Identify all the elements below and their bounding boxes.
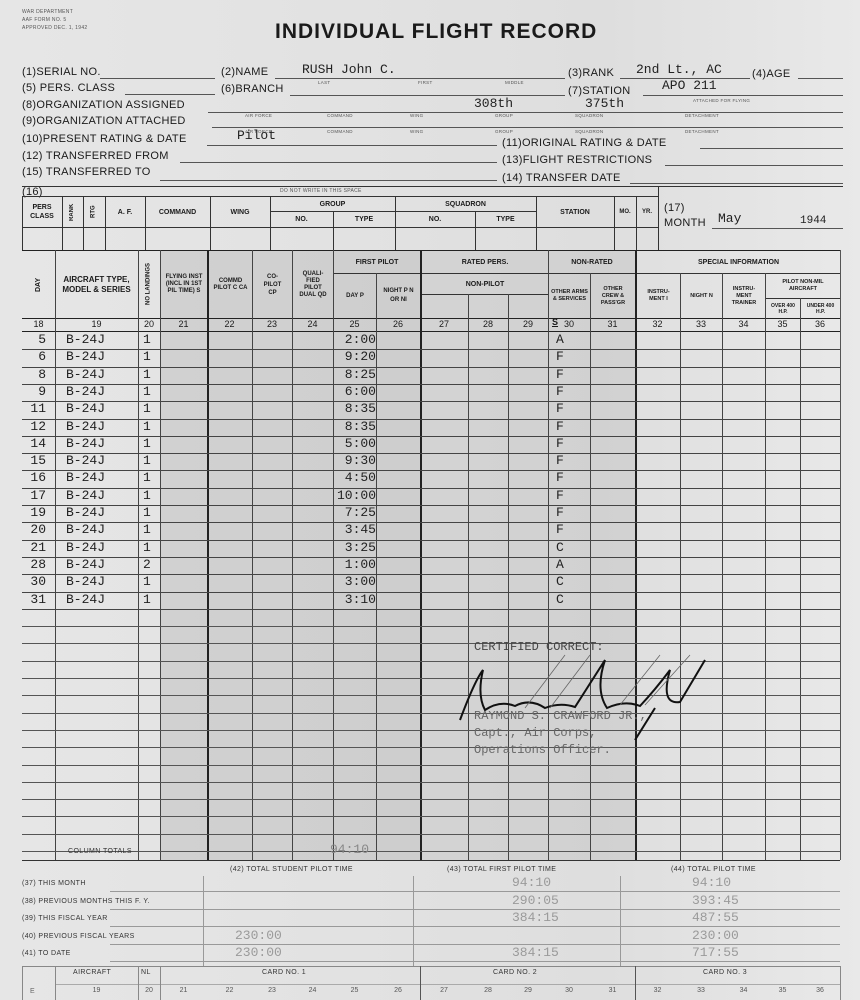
night-header: NIGHT N bbox=[681, 274, 722, 318]
over-400hp-header: OVER 400 H.P. bbox=[766, 299, 800, 318]
column-number: 34 bbox=[722, 319, 765, 329]
grid-row-line bbox=[22, 834, 840, 835]
command-sublabel-2: COMMAND bbox=[327, 129, 353, 134]
summary-total-value: 717:55 bbox=[692, 945, 739, 960]
grid-row-line bbox=[22, 678, 840, 679]
flight-other-arms-code: F bbox=[556, 418, 564, 436]
dept-line: WAR DEPARTMENT bbox=[22, 8, 88, 16]
first-pilot-time-header: (43) TOTAL FIRST PILOT TIME bbox=[447, 866, 556, 873]
original-rating-label: (11)ORIGINAL RATING & DATE bbox=[502, 137, 666, 149]
summary-first-pilot-value: 384:15 bbox=[512, 945, 559, 960]
column-number: 27 bbox=[420, 319, 468, 329]
summary-total-value: 94:10 bbox=[692, 875, 731, 890]
flight-first-pilot-day: 4:50 bbox=[334, 469, 376, 487]
flight-other-arms-code: F bbox=[556, 435, 564, 453]
non-pilot-header: NON-PILOT bbox=[422, 274, 548, 294]
other-arms-header: OTHER ARMS & SERVICES bbox=[549, 274, 590, 318]
flight-day: 21 bbox=[22, 539, 46, 557]
flight-aircraft: B-24J bbox=[66, 435, 105, 453]
card-column-number: 24 bbox=[292, 987, 333, 994]
command-header: COMMAND bbox=[145, 197, 210, 227]
flight-other-arms-code: F bbox=[556, 521, 564, 539]
flight-day: 14 bbox=[22, 435, 46, 453]
flight-day: 28 bbox=[22, 556, 46, 574]
card-column-number: 23 bbox=[252, 987, 292, 994]
flight-day: 17 bbox=[22, 487, 46, 505]
group-sublabel-2: GROUP bbox=[495, 129, 513, 134]
flight-first-pilot-day: 3:45 bbox=[334, 521, 376, 539]
rated-pers-header: RATED PERS. bbox=[422, 251, 548, 273]
grid-row-line bbox=[22, 799, 840, 800]
card-column-number: 29 bbox=[508, 987, 548, 994]
column-number: 23 bbox=[252, 319, 292, 329]
flight-aircraft: B-24J bbox=[66, 469, 105, 487]
age-label: (4)AGE bbox=[752, 68, 790, 80]
flight-other-arms-code: F bbox=[556, 366, 564, 384]
command-sublabel: COMMAND bbox=[327, 113, 353, 118]
flight-other-arms-code: F bbox=[556, 400, 564, 418]
pilot-non-mil-header: PILOT NON-MIL AIRCRAFT bbox=[766, 274, 840, 298]
column-number: 33 bbox=[680, 319, 722, 329]
flight-landings: 1 bbox=[143, 469, 151, 487]
card-column-number: 26 bbox=[376, 987, 420, 994]
station-value: APO 211 bbox=[662, 78, 717, 93]
station-header: STATION bbox=[536, 197, 614, 227]
flight-aircraft: B-24J bbox=[66, 383, 105, 401]
grid-row-line bbox=[22, 661, 840, 662]
first-pilot-day-header: DAY P bbox=[334, 274, 376, 318]
table-row-divider bbox=[22, 609, 840, 610]
summary-row-label: (38) PREVIOUS MONTHS THIS F. Y. bbox=[22, 898, 150, 905]
group-sublabel: GROUP bbox=[495, 113, 513, 118]
flight-landings: 1 bbox=[143, 348, 151, 366]
card-row-prefix: E bbox=[30, 988, 35, 995]
middle-sublabel: MIDDLE bbox=[505, 80, 524, 85]
flight-first-pilot-day: 8:35 bbox=[334, 400, 376, 418]
flight-landings: 1 bbox=[143, 400, 151, 418]
squadron-sublabel-2: SQUADRON bbox=[575, 129, 603, 134]
column-number: 26 bbox=[376, 319, 420, 329]
group-type-header: TYPE bbox=[333, 211, 395, 227]
flight-first-pilot-day: 3:00 bbox=[334, 573, 376, 591]
column-number: 31 bbox=[590, 319, 635, 329]
column-number: 36 bbox=[800, 319, 840, 329]
grid-row-line bbox=[22, 851, 840, 852]
branch-label: (6)BRANCH bbox=[221, 83, 284, 95]
flight-day: 19 bbox=[22, 504, 46, 522]
squadron-sublabel: SQUADRON bbox=[575, 113, 603, 118]
summary-total-value: 230:00 bbox=[692, 928, 739, 943]
day-header: DAY bbox=[22, 251, 55, 318]
flying-inst-header: FLYING INST (INCL IN 1ST PIL TIME) S bbox=[161, 251, 207, 318]
grid-row-line bbox=[22, 643, 840, 644]
wing-sublabel: WING bbox=[410, 113, 423, 118]
org-assigned-label: (8)ORGANIZATION ASSIGNED bbox=[22, 99, 185, 111]
flight-day: 20 bbox=[22, 521, 46, 539]
summary-row-label: (40) PREVIOUS FISCAL YEARS bbox=[22, 933, 135, 940]
flight-other-arms-code: F bbox=[556, 348, 564, 366]
flight-aircraft: B-24J bbox=[66, 452, 105, 470]
flight-aircraft: B-24J bbox=[66, 556, 105, 574]
flight-landings: 1 bbox=[143, 591, 151, 609]
flight-aircraft: B-24J bbox=[66, 521, 105, 539]
qualified-pilot-header: QUALI-FIED PILOT DUAL QD bbox=[293, 251, 333, 318]
rank-value: 2nd Lt., AC bbox=[636, 62, 722, 77]
flight-other-arms-code: C bbox=[556, 591, 564, 609]
special-info-header: SPECIAL INFORMATION bbox=[637, 251, 840, 273]
squadron-header: SQUADRON bbox=[395, 197, 536, 211]
flight-aircraft: B-24J bbox=[66, 400, 105, 418]
flight-aircraft: B-24J bbox=[66, 504, 105, 522]
department-header: WAR DEPARTMENT AAF FORM NO. 5 APPROVED D… bbox=[22, 8, 88, 32]
flight-aircraft: B-24J bbox=[66, 539, 105, 557]
grid-row-line bbox=[22, 816, 840, 817]
card-nl-label: NL bbox=[141, 969, 151, 976]
summary-student-value: 230:00 bbox=[235, 945, 282, 960]
summary-row-label: (37) THIS MONTH bbox=[22, 880, 86, 887]
card-column-number: 19 bbox=[55, 987, 138, 994]
flight-first-pilot-day: 3:10 bbox=[334, 591, 376, 609]
flight-landings: 1 bbox=[143, 383, 151, 401]
column-total-first-pilot: 94:10 bbox=[330, 842, 369, 857]
grid-row-line bbox=[22, 695, 840, 696]
summary-row-line bbox=[110, 961, 840, 962]
flight-record-form: WAR DEPARTMENT AAF FORM NO. 5 APPROVED D… bbox=[0, 0, 860, 1000]
air-force-sublabel: AIR FORCE bbox=[245, 113, 272, 118]
col30-prefix: S bbox=[552, 317, 558, 327]
transfer-date-label: (14) TRANSFER DATE bbox=[502, 172, 621, 184]
flight-other-arms-code: F bbox=[556, 504, 564, 522]
pers-class-label: (5) PERS. CLASS bbox=[22, 82, 115, 94]
summary-first-pilot-value: 94:10 bbox=[512, 875, 551, 890]
first-pilot-night-header: NIGHT P N OR NI bbox=[377, 274, 420, 318]
grid-row-line bbox=[22, 730, 840, 731]
transferred-to-label: (15) TRANSFERRED TO bbox=[22, 166, 151, 178]
column-number: 35 bbox=[765, 319, 800, 329]
flight-aircraft: B-24J bbox=[66, 331, 105, 349]
flight-other-arms-code: A bbox=[556, 556, 564, 574]
flight-first-pilot-day: 2:00 bbox=[334, 331, 376, 349]
flight-day: 5 bbox=[22, 331, 46, 349]
first-sublabel: FIRST bbox=[418, 80, 433, 85]
summary-total-value: 393:45 bbox=[692, 893, 739, 908]
flight-aircraft: B-24J bbox=[66, 348, 105, 366]
column-number: 19 bbox=[55, 319, 138, 329]
flight-first-pilot-day: 8:25 bbox=[334, 366, 376, 384]
instrument-trainer-header: INSTRU-MENT TRAINER bbox=[723, 274, 765, 318]
flight-landings: 1 bbox=[143, 331, 151, 349]
certifier-title: Operations Officer. bbox=[474, 743, 611, 757]
flight-landings: 1 bbox=[143, 435, 151, 453]
summary-first-pilot-value: 290:05 bbox=[512, 893, 559, 908]
no-landings-header: NO LANDINGS bbox=[138, 251, 160, 318]
flight-other-arms-code: C bbox=[556, 573, 564, 591]
squadron-no-header: NO. bbox=[395, 211, 475, 227]
column-number: 25 bbox=[333, 319, 376, 329]
org-assigned-squadron: 375th bbox=[585, 96, 624, 111]
card-column-number: 33 bbox=[680, 987, 722, 994]
name-label: (2)NAME bbox=[221, 66, 268, 78]
column-number: 29 bbox=[508, 319, 548, 329]
under-400hp-header: UNDER 400 H.P. bbox=[801, 299, 840, 318]
column-totals-label: COLUMN TOTALS bbox=[68, 848, 132, 855]
first-pilot-header: FIRST PILOT bbox=[334, 251, 420, 273]
org-attached-label: (9)ORGANIZATION ATTACHED bbox=[22, 115, 186, 127]
instrument-header: INSTRU-MENT I bbox=[637, 274, 680, 318]
summary-first-pilot-value: 384:15 bbox=[512, 910, 559, 925]
flight-other-arms-code: F bbox=[556, 452, 564, 470]
column-number: 24 bbox=[292, 319, 333, 329]
detachment-sublabel: DETACHMENT bbox=[685, 113, 719, 118]
flight-day: 9 bbox=[22, 383, 46, 401]
flight-day: 30 bbox=[22, 573, 46, 591]
wing-sublabel-2: WING bbox=[410, 129, 423, 134]
name-value: RUSH John C. bbox=[302, 62, 396, 77]
aircraft-header: AIRCRAFT TYPE, MODEL & SERIES bbox=[55, 251, 138, 318]
total-pilot-time-header: (44) TOTAL PILOT TIME bbox=[671, 866, 756, 873]
wing-header: WING bbox=[210, 197, 270, 227]
column-number: 20 bbox=[138, 319, 160, 329]
student-pilot-time-header: (42) TOTAL STUDENT PILOT TIME bbox=[230, 866, 353, 873]
form-number: AAF FORM NO. 5 bbox=[22, 16, 88, 24]
do-not-write-note: DO NOT WRITE IN THIS SPACE bbox=[280, 188, 362, 194]
flight-first-pilot-day: 1:00 bbox=[334, 556, 376, 574]
certifier-rank: Capt., Air Corps, bbox=[474, 726, 596, 740]
card-column-number: 27 bbox=[420, 987, 468, 994]
flight-landings: 1 bbox=[143, 521, 151, 539]
grid-row-line bbox=[22, 782, 840, 783]
grid-row-line bbox=[22, 747, 840, 748]
org-assigned-group: 308th bbox=[474, 96, 513, 111]
flight-landings: 1 bbox=[143, 504, 151, 522]
group-header: GROUP bbox=[270, 197, 395, 211]
rank-label: (3)RANK bbox=[568, 67, 614, 79]
approval-date: APPROVED DEC. 1, 1942 bbox=[22, 24, 88, 32]
card-column-number: 28 bbox=[468, 987, 508, 994]
flight-aircraft: B-24J bbox=[66, 487, 105, 505]
flight-landings: 1 bbox=[143, 573, 151, 591]
serial-no-label: (1)SERIAL NO. bbox=[22, 66, 101, 78]
flight-other-arms-code: F bbox=[556, 383, 564, 401]
mo-header: MO. bbox=[614, 197, 636, 227]
grid-row-line bbox=[22, 713, 840, 714]
yr-header: YR. bbox=[636, 197, 658, 227]
summary-total-value: 487:55 bbox=[692, 910, 739, 925]
co-pilot-header: CO-PILOT CP bbox=[253, 251, 292, 318]
flight-day: 6 bbox=[22, 348, 46, 366]
flight-other-arms-code: F bbox=[556, 469, 564, 487]
group-no-header: NO. bbox=[270, 211, 333, 227]
flight-other-arms-code: A bbox=[556, 331, 564, 349]
pers-class-header: PERS CLASS bbox=[22, 197, 62, 227]
flight-landings: 1 bbox=[143, 418, 151, 436]
flight-aircraft: B-24J bbox=[66, 591, 105, 609]
last-sublabel: LAST bbox=[318, 80, 330, 85]
block17-label: (17) bbox=[664, 202, 685, 214]
flight-day: 15 bbox=[22, 452, 46, 470]
card-no-2-label: CARD NO. 2 bbox=[493, 969, 537, 976]
flight-first-pilot-day: 10:00 bbox=[334, 487, 376, 505]
month-value: May bbox=[718, 211, 741, 226]
rtg-header: RTG bbox=[83, 197, 105, 227]
summary-student-value: 230:00 bbox=[235, 928, 282, 943]
card-column-number: 22 bbox=[207, 987, 252, 994]
flight-day: 8 bbox=[22, 366, 46, 384]
card-no-3-label: CARD NO. 3 bbox=[703, 969, 747, 976]
flight-first-pilot-day: 8:35 bbox=[334, 418, 376, 436]
flight-aircraft: B-24J bbox=[66, 573, 105, 591]
flight-first-pilot-day: 5:00 bbox=[334, 435, 376, 453]
page-title: INDIVIDUAL FLIGHT RECORD bbox=[275, 20, 597, 44]
flight-other-arms-code: F bbox=[556, 487, 564, 505]
non-rated-header: NON-RATED bbox=[549, 251, 635, 273]
flight-restrictions-label: (13)FLIGHT RESTRICTIONS bbox=[502, 154, 652, 166]
flight-day: 16 bbox=[22, 469, 46, 487]
card-column-number: 32 bbox=[635, 987, 680, 994]
flight-first-pilot-day: 9:20 bbox=[334, 348, 376, 366]
column-number: 28 bbox=[468, 319, 508, 329]
column-number: 21 bbox=[160, 319, 207, 329]
flight-aircraft: B-24J bbox=[66, 366, 105, 384]
flight-landings: 1 bbox=[143, 366, 151, 384]
card-column-number: 36 bbox=[800, 987, 840, 994]
flight-landings: 1 bbox=[143, 539, 151, 557]
flight-first-pilot-day: 7:25 bbox=[334, 504, 376, 522]
squadron-type-header: TYPE bbox=[475, 211, 536, 227]
card-column-number: 25 bbox=[333, 987, 376, 994]
transferred-from-label: (12) TRANSFERRED FROM bbox=[22, 150, 169, 162]
certifier-name: RAYMOND S. CRAWFORD JR., bbox=[474, 709, 647, 723]
column-number: 32 bbox=[635, 319, 680, 329]
commd-pilot-header: COMMD PILOT C CA bbox=[209, 251, 252, 318]
card-column-number: 31 bbox=[590, 987, 635, 994]
card-column-number: 34 bbox=[722, 987, 765, 994]
summary-row-label: (41) TO DATE bbox=[22, 950, 71, 957]
flight-day: 12 bbox=[22, 418, 46, 436]
grid-row-line bbox=[22, 765, 840, 766]
detachment-sublabel-2: DETACHMENT bbox=[685, 129, 719, 134]
flight-day: 31 bbox=[22, 591, 46, 609]
year-value: 1944 bbox=[800, 215, 826, 227]
other-crew-header: OTHER CREW & PASS'GR bbox=[591, 274, 635, 318]
flight-other-arms-code: C bbox=[556, 539, 564, 557]
column-number: 22 bbox=[207, 319, 252, 329]
grid-row-line bbox=[22, 626, 840, 627]
card-column-number: 21 bbox=[160, 987, 207, 994]
month-label: MONTH bbox=[664, 217, 706, 229]
card-column-number: 35 bbox=[765, 987, 800, 994]
column-number: 18 bbox=[22, 319, 55, 329]
card-aircraft-label: AIRCRAFT bbox=[73, 969, 111, 976]
card-column-number: 30 bbox=[548, 987, 590, 994]
flight-first-pilot-day: 9:30 bbox=[334, 452, 376, 470]
card-column-number: 20 bbox=[138, 987, 160, 994]
af-header: A. F. bbox=[105, 197, 145, 227]
flight-day: 11 bbox=[22, 400, 46, 418]
present-rating-value: Pilot bbox=[237, 128, 276, 143]
flight-first-pilot-day: 6:00 bbox=[334, 383, 376, 401]
flight-first-pilot-day: 3:25 bbox=[334, 539, 376, 557]
summary-row-label: (39) THIS FISCAL YEAR bbox=[22, 915, 108, 922]
present-rating-label: (10)PRESENT RATING & DATE bbox=[22, 133, 187, 145]
flight-landings: 1 bbox=[143, 487, 151, 505]
flight-landings: 2 bbox=[143, 556, 151, 574]
card-no-1-label: CARD NO. 1 bbox=[262, 969, 306, 976]
flight-landings: 1 bbox=[143, 452, 151, 470]
attached-for-flying-note: ATTACHED FOR FLYING bbox=[693, 98, 750, 103]
flight-aircraft: B-24J bbox=[66, 418, 105, 436]
rank-header: RANK bbox=[62, 197, 83, 227]
